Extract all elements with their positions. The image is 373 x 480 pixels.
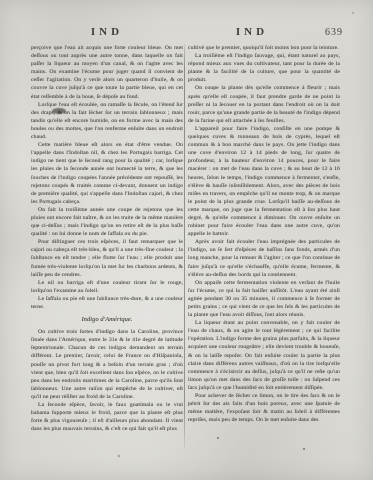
ink-speck [352,12,354,14]
paragraph: Cette matière bleue eſt alors en état d'… [31,141,183,206]
paragraph: On cultive trois ſortes d'indigo dans la… [31,328,183,401]
paragraph: Le nil ou barriga eſt d'une couleur tira… [31,279,183,295]
paragraph: Lorſque l'eau eſt écoulée, on ramaſſe la… [31,101,183,141]
paragraph: Pour diſtinguer ces trois eſpèces, il fa… [31,238,183,278]
ink-speck [217,437,219,439]
paragraph: On fait la troiſième année une coupe de … [31,206,183,238]
ink-speck [303,448,305,450]
paragraph: On coupe la plante dès qu'elle commence … [188,84,340,124]
running-head: IND IND 639 [31,26,341,40]
paragraph: Après avoir fait écouler l'eau imprégnée… [188,238,340,278]
paragraph: La ſeconde eſpèce, ſavoir, le faux guati… [31,401,183,433]
page-number: 639 [325,27,343,38]
ink-smudge [52,108,66,114]
paragraph: Le ſaffala ou pie eſt une ſubſtance très… [31,295,183,311]
text-columns: perçoive que l'eau ait acquis une forte … [31,44,340,448]
scanned-book-page: IND IND 639 perçoive que l'eau ait acqui… [0,0,373,480]
running-title-right: IND [187,26,317,38]
section-heading: Indigo d'Amérique. [31,316,183,324]
paragraph: perçoive que l'eau ait acquis une forte … [31,44,183,101]
right-column: cultivé que le premier, quoiqu'il ſoit m… [188,44,340,424]
paragraph: L'appareil pour faire l'indigo, conſiſte… [188,125,340,238]
paragraph: Pour achever de ſécher ce limon, on le t… [188,392,340,424]
ink-speck [118,455,120,457]
left-column: perçoive que l'eau ait acquis une forte … [31,44,183,433]
paragraph: On appaiſe cette fermentation violente e… [188,279,340,319]
column-divider-rule [184,44,185,448]
paragraph: cultivé que le premier, quoiqu'il ſoit m… [188,44,340,52]
paragraph: La liqueur étant au point convenable, on… [188,319,340,392]
running-title-left: IND [31,26,183,38]
paragraph: La troiſième eſt l'indigo ſauvage, qui, … [188,52,340,84]
